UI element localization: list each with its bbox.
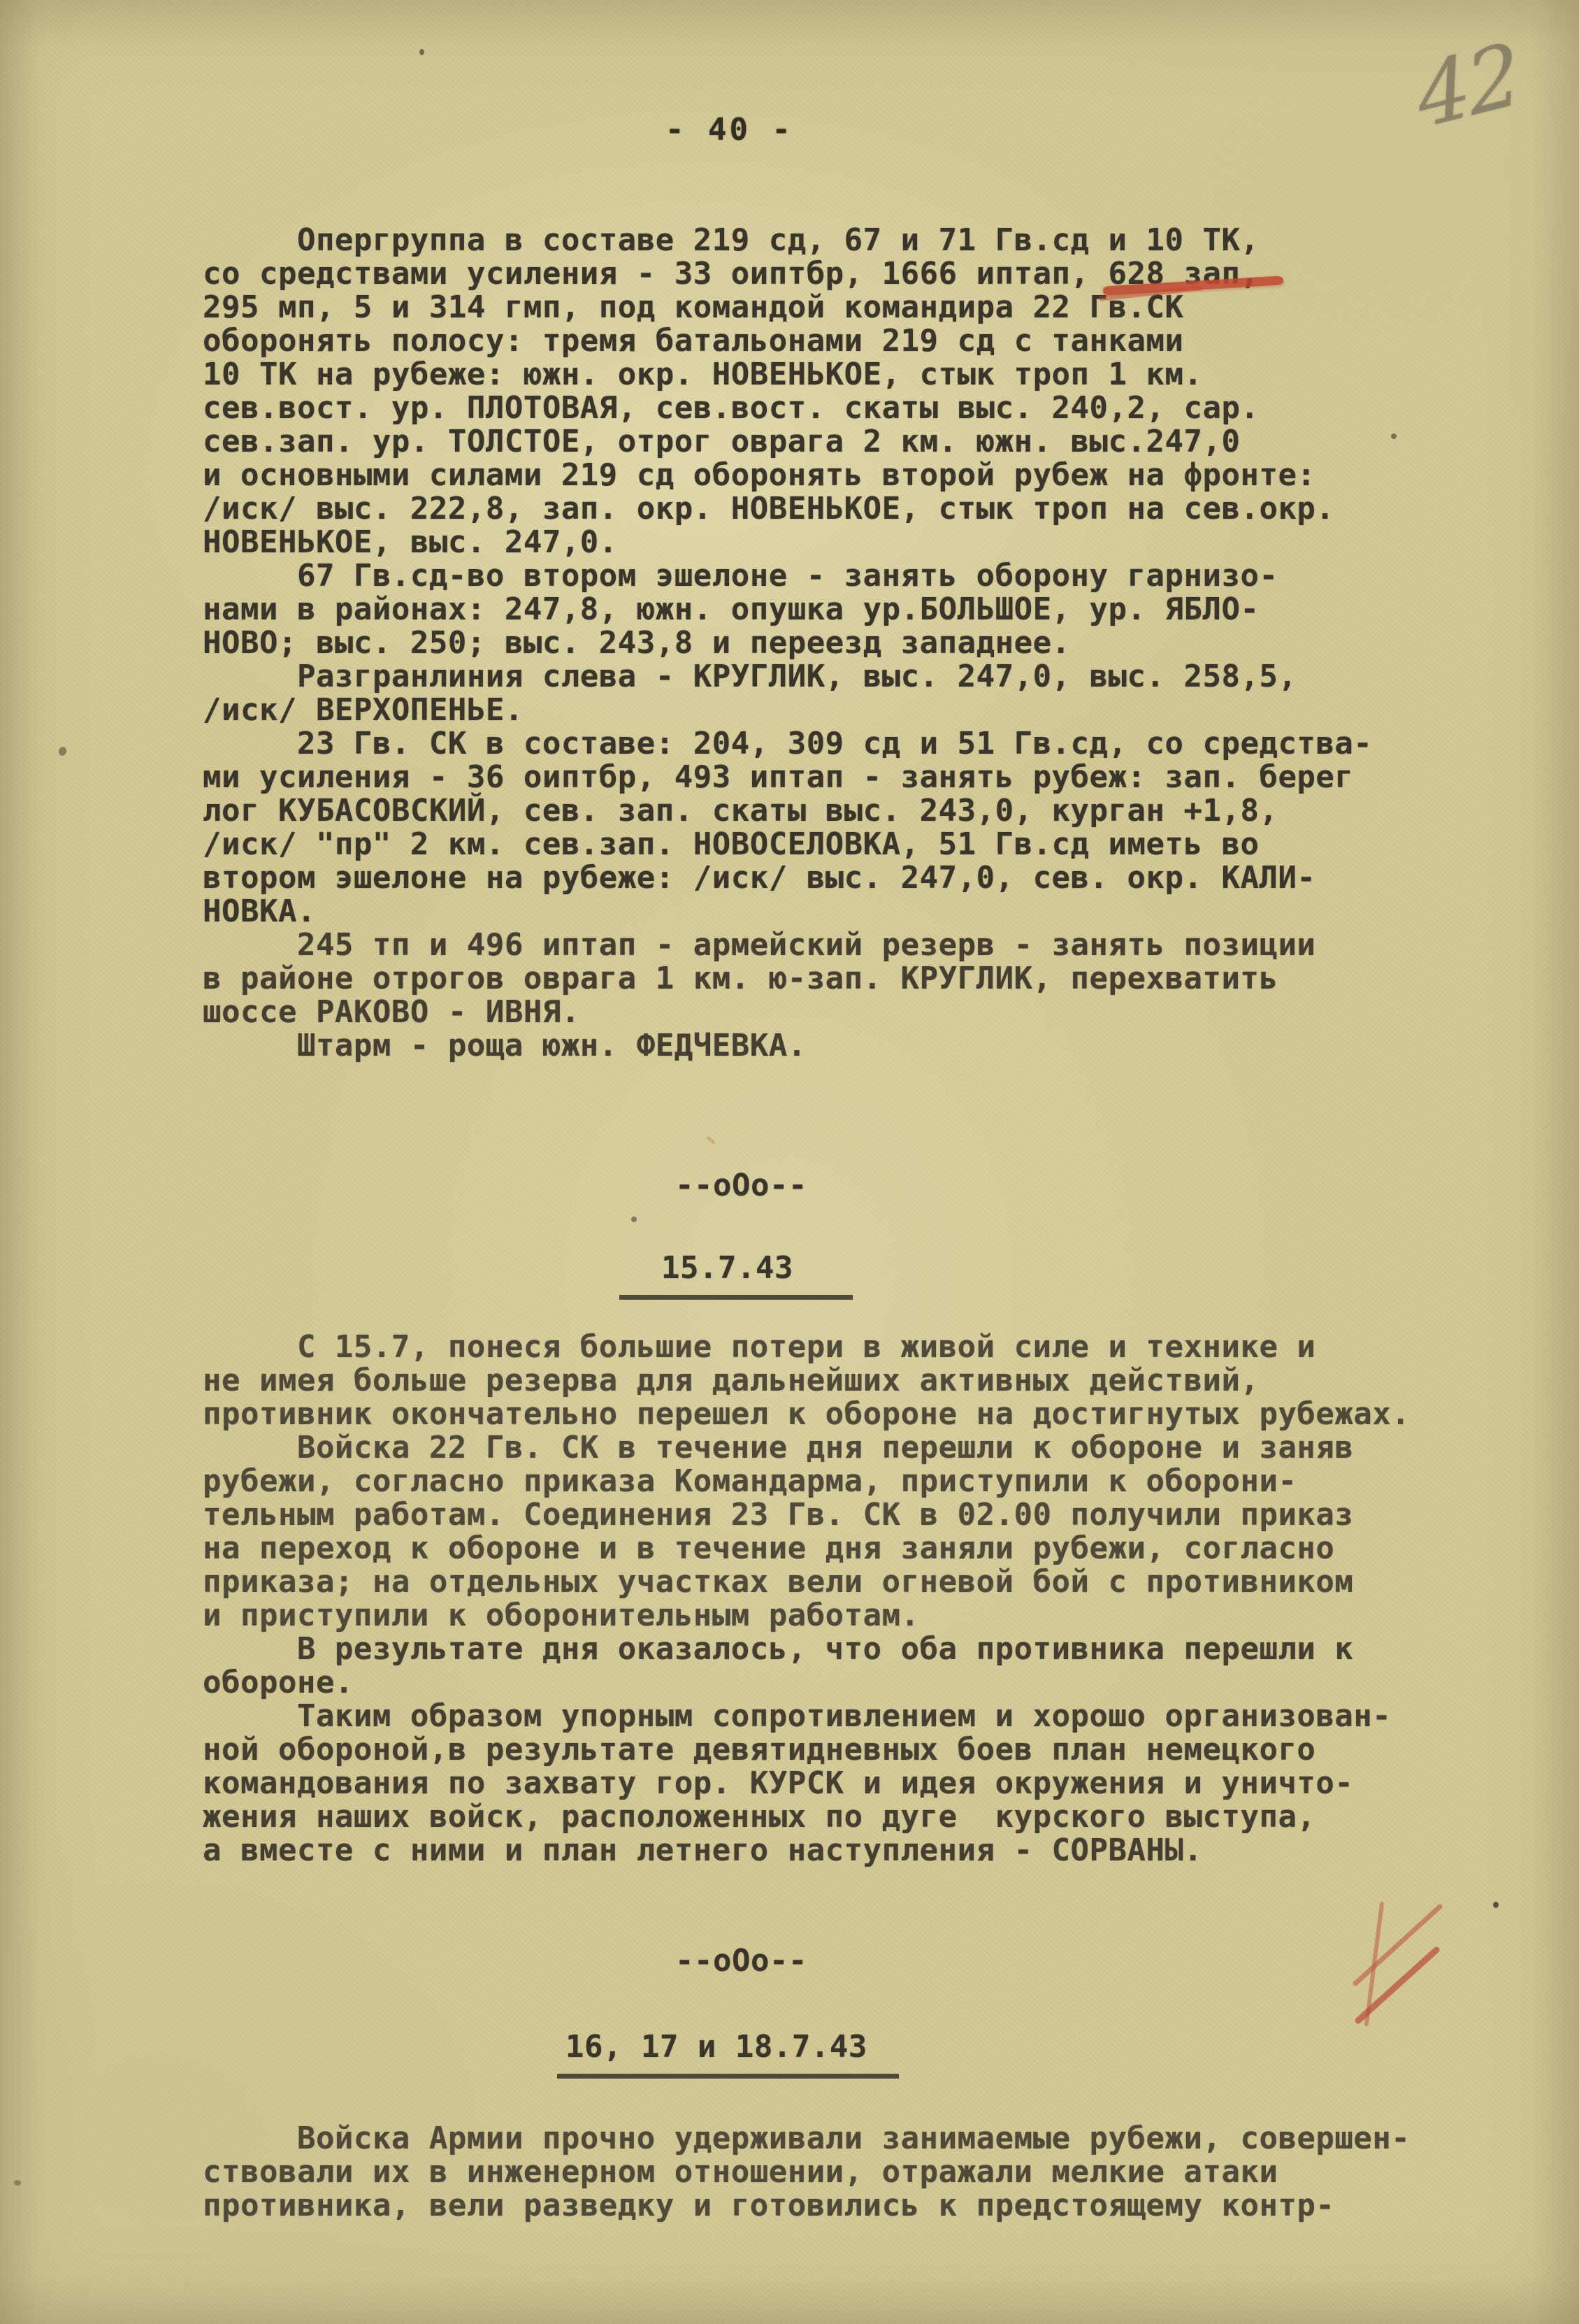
paragraph-shtarm: Штарм - роща южн. ФЕДЧЕВКА.	[203, 1029, 1439, 1063]
paragraph-23gvsk: 23 Гв. СК в составе: 204, 309 сд и 51 Гв…	[203, 727, 1439, 928]
paragraph-67gvsd: 67 Гв.сд-во втором эшелоне - занять обор…	[203, 559, 1439, 660]
ink-speck	[419, 49, 424, 55]
paragraph-text: 295 мп, 5 и 314 гмп, под командой команд…	[203, 289, 1334, 560]
paragraph-result-of-day: В результате дня оказалось, что оба прот…	[203, 1633, 1439, 1700]
paragraph-army-holds-lines: Войска Армии прочно удерживали занимаемы…	[203, 2122, 1439, 2223]
paragraph-opergroup: Опергруппа в составе 219 сд, 67 и 71 Гв.…	[203, 224, 1439, 559]
scanned-document-page: - 40 - 42 Опергруппа в составе 219 сд, 6…	[0, 0, 1579, 2324]
date-heading-15-7-43: 15.7.43	[619, 1251, 853, 1300]
page-number: - 40 -	[665, 112, 793, 148]
section-separator: --оОо--	[675, 1169, 1439, 1203]
paragraph-text: Опергруппа в составе 219 сд, 67 и 71 Гв.…	[203, 222, 1259, 292]
date-heading-block: 15.7.43	[203, 1251, 1439, 1300]
paragraph-kursk-plan-foiled: Таким образом упорным сопротивлением и х…	[203, 1700, 1439, 1867]
ink-speck	[57, 746, 68, 757]
ink-speck	[14, 2180, 21, 2186]
paragraph-army-reserve: 245 тп и 496 иптап - армейский резерв - …	[203, 928, 1439, 1029]
paragraph-razgranliniya: Разгранлиния слева - КРУГЛИК, выс. 247,0…	[203, 660, 1439, 727]
handwritten-page-number: 42	[1411, 24, 1524, 148]
red-pencil-hatch-mark	[1346, 1891, 1450, 2038]
ink-speck	[631, 1217, 637, 1222]
ink-speck	[1493, 1902, 1499, 1908]
date-heading-16-17-18-7-43: 16, 17 и 18.7.43	[557, 2030, 899, 2079]
section-separator: --оОо--	[675, 1944, 1439, 1978]
date-heading-block: 16, 17 и 18.7.43	[203, 2030, 1439, 2079]
red-underlined-text: 628 зап,	[1109, 256, 1260, 292]
ink-speck	[1391, 433, 1397, 439]
paragraph-enemy-defense: С 15.7, понеся большие потери в живой си…	[203, 1330, 1439, 1431]
text-column: Опергруппа в составе 219 сд, 67 и 71 Гв.…	[203, 224, 1439, 2223]
paragraph-22gvsk-defense: Войска 22 Гв. СК в течение дня перешли к…	[203, 1431, 1439, 1633]
